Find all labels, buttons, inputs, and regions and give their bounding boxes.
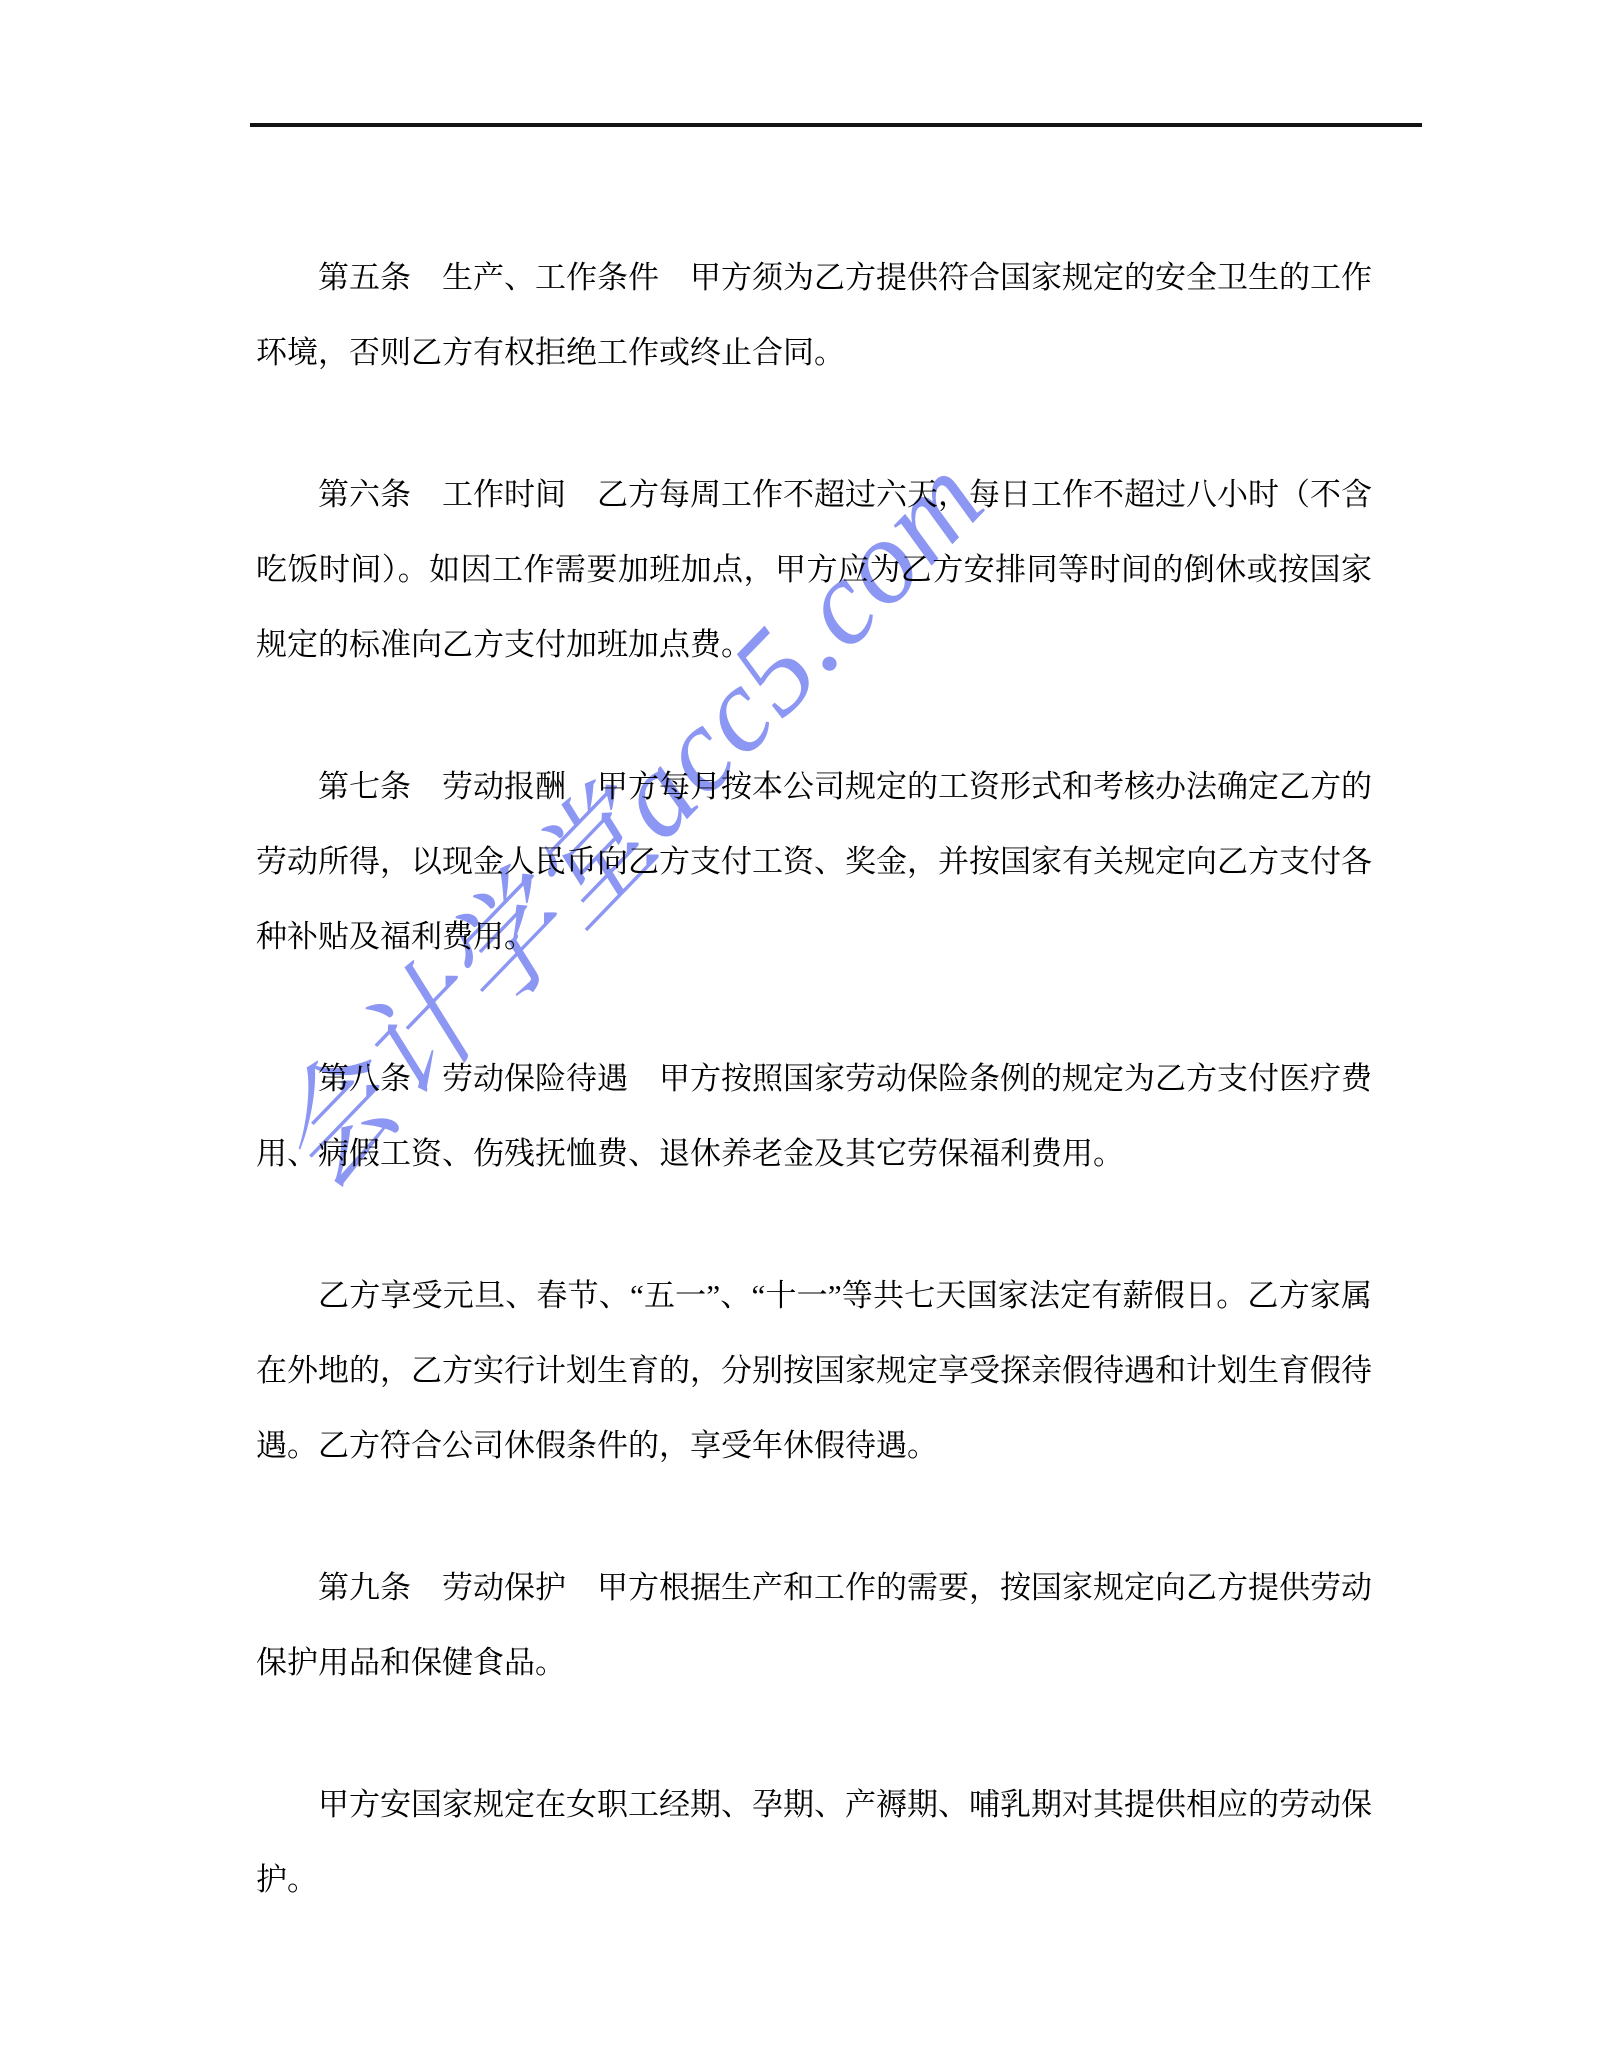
text-line: 甲方安国家规定在女职工经期、孕期、产褥期、哺乳期对其提供相应的劳动保 xyxy=(256,1767,1372,1842)
text-line: 第五条 生产、工作条件 甲方须为乙方提供符合国家规定的安全卫生的工作 xyxy=(256,240,1372,315)
article-8-paragraph: 第八条 劳动保险待遇 甲方按照国家劳动保险条例的规定为乙方支付医疗费 用、病假工… xyxy=(256,1041,1372,1191)
text-line: 遇。乙方符合公司休假条件的，享受年休假待遇。 xyxy=(256,1408,1372,1483)
text-line: 第七条 劳动报酬 甲方每月按本公司规定的工资形式和考核办法确定乙方的 xyxy=(256,749,1372,824)
text-line: 劳动所得，以现金人民币向乙方支付工资、奖金，并按国家有关规定向乙方支付各 xyxy=(256,824,1372,899)
text-line: 用、病假工资、伤残抚恤费、退休养老金及其它劳保福利费用。 xyxy=(256,1116,1372,1191)
text-line: 乙方享受元旦、春节、“五一”、“十一”等共七天国家法定有薪假日。乙方家属 xyxy=(256,1258,1372,1333)
text-line: 在外地的，乙方实行计划生育的，分别按国家规定享受探亲假待遇和计划生育假待 xyxy=(256,1333,1372,1408)
contract-document-page: 会计学堂acc5.com 第五条 生产、工作条件 甲方须为乙方提供符合国家规定的… xyxy=(0,0,1600,2070)
article-6-paragraph: 第六条 工作时间 乙方每周工作不超过六天，每日工作不超过八小时（不含 吃饭时间）… xyxy=(256,457,1372,682)
text-line: 种补贴及福利费用。 xyxy=(256,899,1372,974)
text-line: 第八条 劳动保险待遇 甲方按照国家劳动保险条例的规定为乙方支付医疗费 xyxy=(256,1041,1372,1116)
header-divider-rule xyxy=(250,123,1422,127)
holiday-clause-paragraph: 乙方享受元旦、春节、“五一”、“十一”等共七天国家法定有薪假日。乙方家属 在外地… xyxy=(256,1258,1372,1483)
text-line: 规定的标准向乙方支付加班加点费。 xyxy=(256,607,1372,682)
article-9-paragraph: 第九条 劳动保护 甲方根据生产和工作的需要，按国家规定向乙方提供劳动 保护用品和… xyxy=(256,1550,1372,1700)
text-line: 第九条 劳动保护 甲方根据生产和工作的需要，按国家规定向乙方提供劳动 xyxy=(256,1550,1372,1625)
text-line: 保护用品和保健食品。 xyxy=(256,1625,1372,1700)
text-line: 护。 xyxy=(256,1842,1372,1917)
female-protection-paragraph: 甲方安国家规定在女职工经期、孕期、产褥期、哺乳期对其提供相应的劳动保 护。 xyxy=(256,1767,1372,1917)
article-5-paragraph: 第五条 生产、工作条件 甲方须为乙方提供符合国家规定的安全卫生的工作 环境，否则… xyxy=(256,240,1372,390)
text-line: 第六条 工作时间 乙方每周工作不超过六天，每日工作不超过八小时（不含 xyxy=(256,457,1372,532)
text-line: 吃饭时间）。如因工作需要加班加点，甲方应为乙方安排同等时间的倒休或按国家 xyxy=(256,532,1372,607)
text-line: 环境，否则乙方有权拒绝工作或终止合同。 xyxy=(256,315,1372,390)
article-7-paragraph: 第七条 劳动报酬 甲方每月按本公司规定的工资形式和考核办法确定乙方的 劳动所得，… xyxy=(256,749,1372,974)
contract-text-body: 第五条 生产、工作条件 甲方须为乙方提供符合国家规定的安全卫生的工作 环境，否则… xyxy=(256,240,1372,1917)
